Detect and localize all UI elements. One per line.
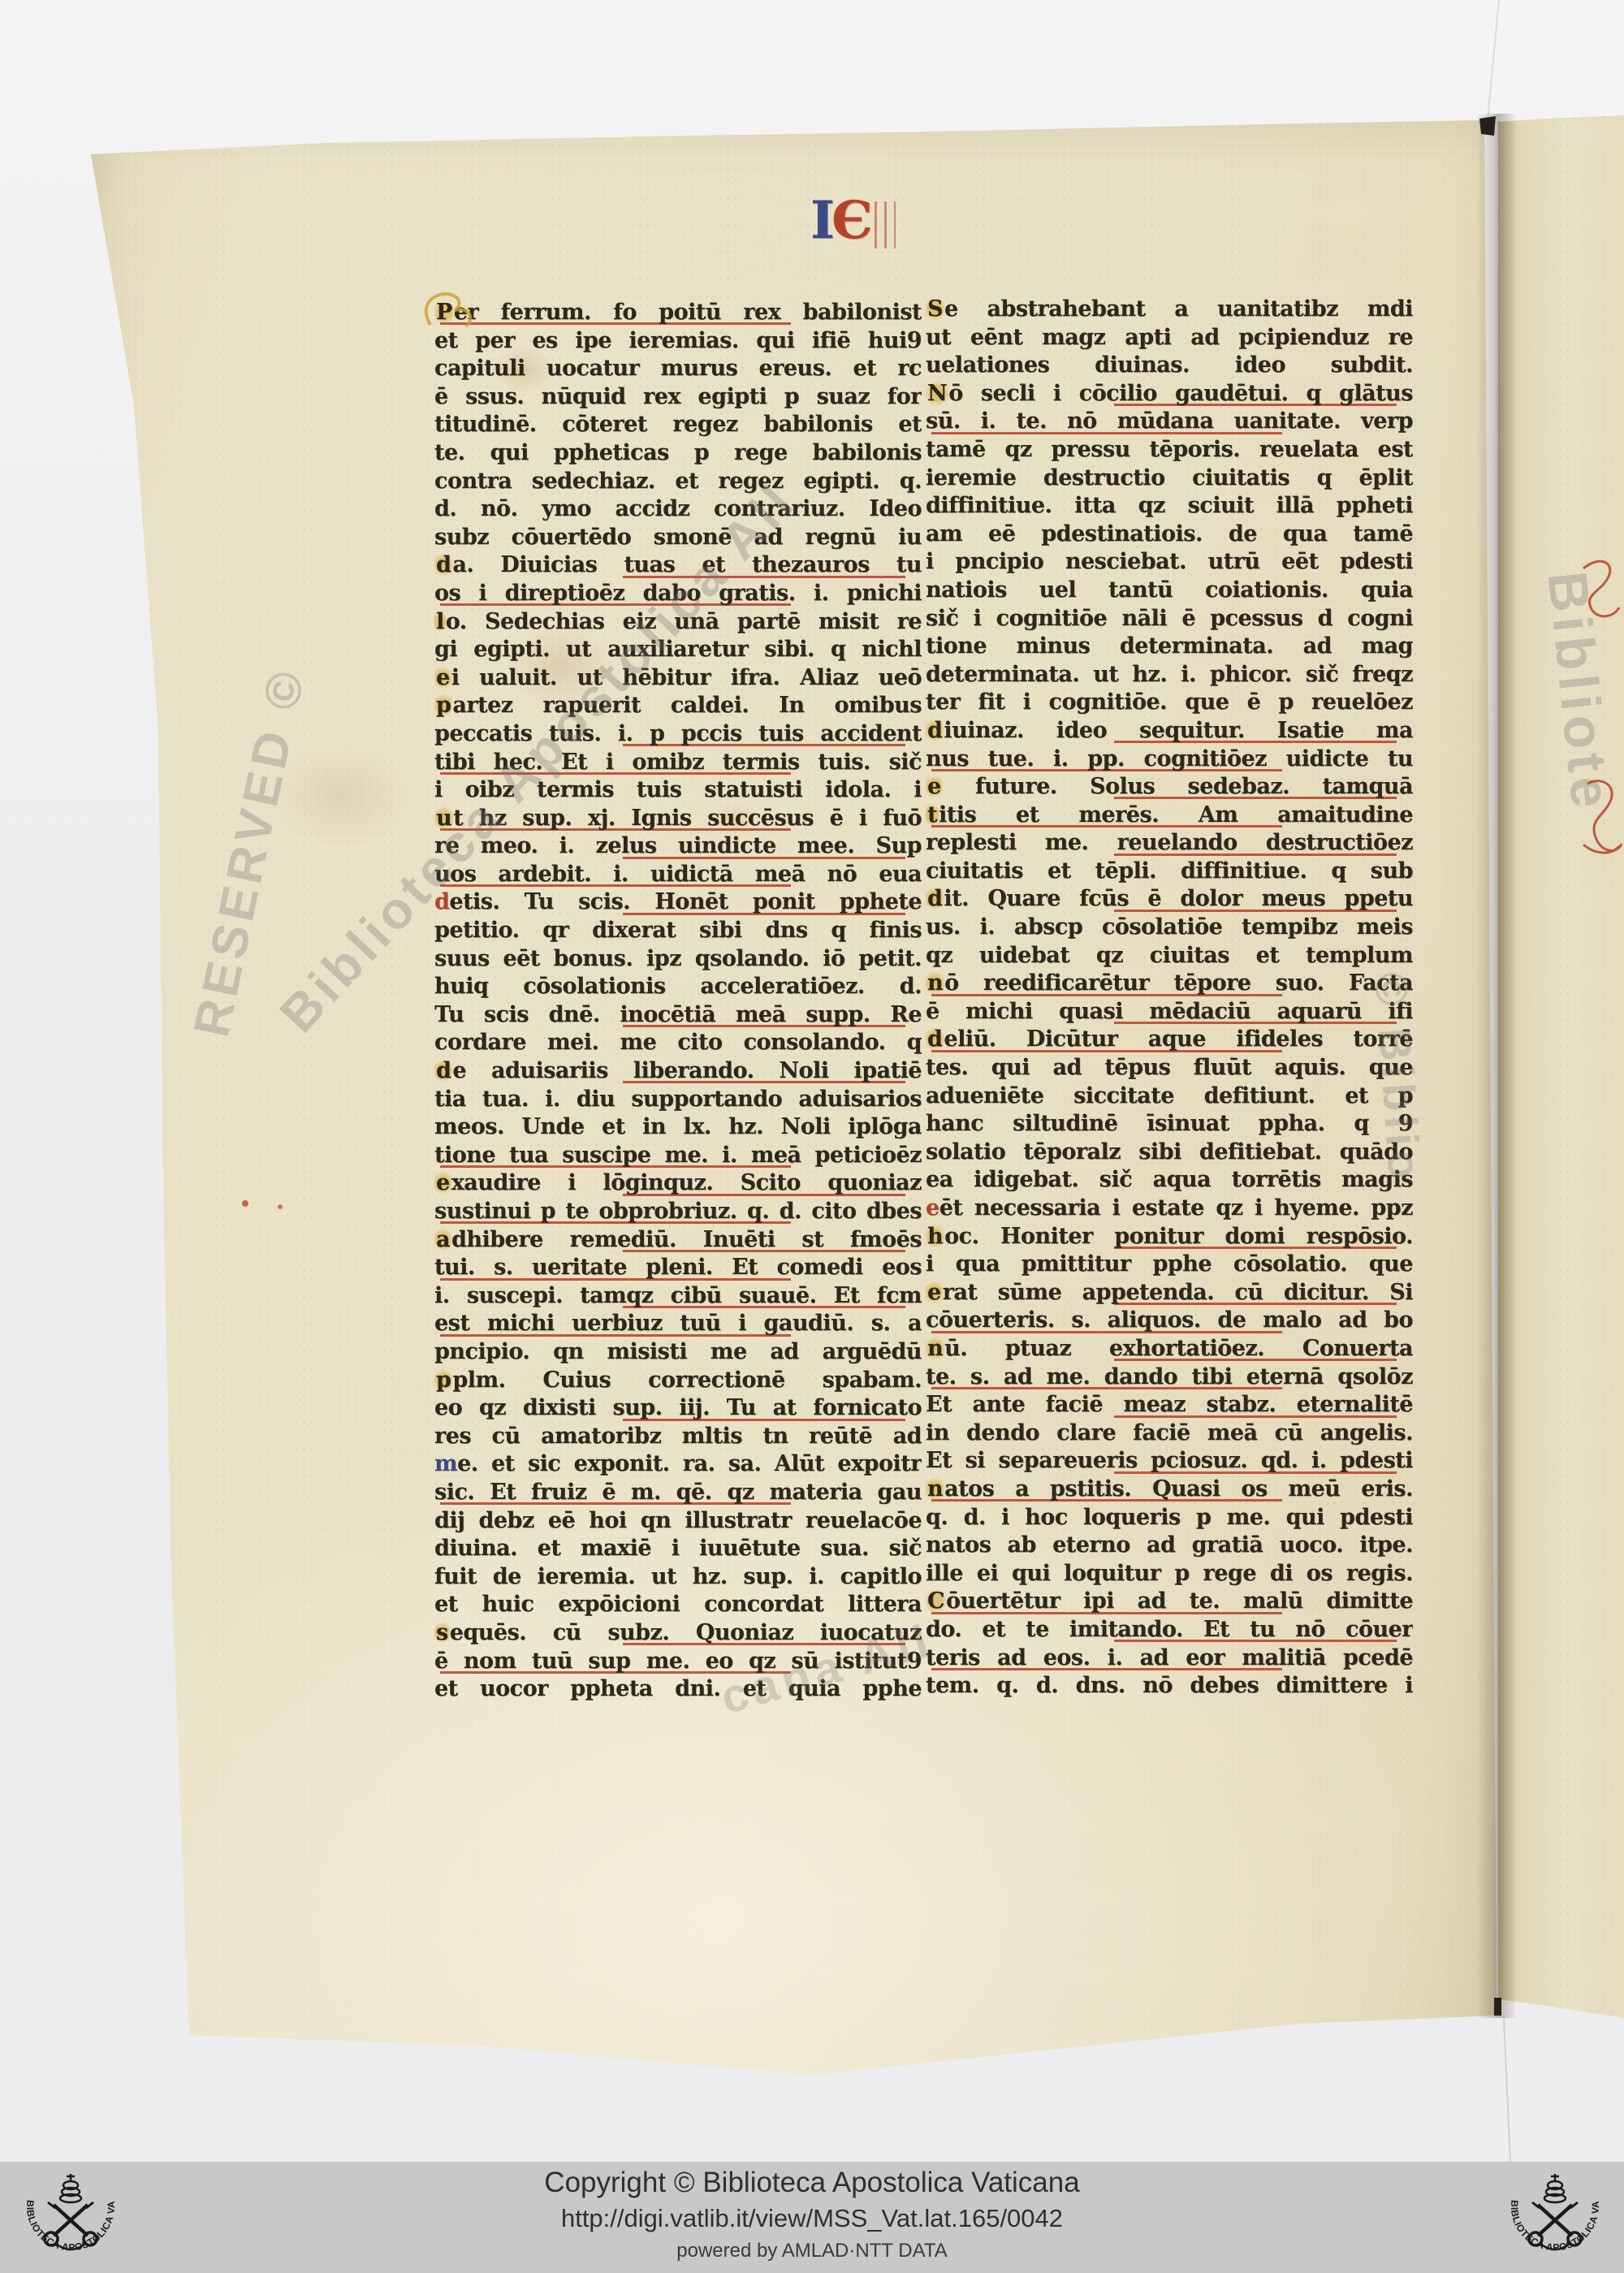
manuscript-line: tui. s. ueritate pleni. Et comedi eos	[434, 1254, 922, 1282]
manuscript-line: et uocor ppheta dni. et quia pphe	[434, 1675, 922, 1704]
illuminated-initial: N	[926, 381, 948, 406]
manuscript-line: sequēs. cū subz. Quoniaz iuocatuz	[434, 1619, 922, 1648]
manuscript-line: contra sedechiaz. et regez egipti. q.	[434, 468, 922, 496]
manuscript-line: partez rapuerit caldei. In omibus	[434, 692, 922, 720]
manuscript-line: tia tua. i. diu supportando aduisarios	[434, 1086, 922, 1114]
manuscript-line: do. et te imitando. Et tu nō cōuer	[926, 1616, 1413, 1644]
manuscript-line: Et si separeueris pciosuz. qd. i. pdesti	[926, 1447, 1413, 1476]
manuscript-line: cordare mei. me cito consolando. q	[434, 1029, 922, 1057]
manuscript-line: et per es ipe ieremias. qui ifiē hui9	[434, 327, 922, 356]
manuscript-line: i oibz termis tuis statuisti idola. i	[434, 776, 922, 805]
manuscript-line: res cū amatoribz mltis tn reūtē ad	[434, 1423, 922, 1451]
manuscript-line: uelationes diuinas. ideo subdit.	[926, 352, 1413, 380]
illuminated-initial: l	[434, 609, 446, 634]
illuminated-initial: P	[434, 300, 454, 325]
manuscript-line: meos. Unde et in lx. hz. Noli iplōga	[434, 1113, 922, 1142]
manuscript-line: titis et merēs. Am amaitudine	[926, 802, 1413, 830]
manuscript-line: diuina. et maxiē i iuuētute sua. sič	[434, 1535, 922, 1563]
illuminated-initial: e	[926, 1195, 939, 1221]
pen-flourish-icon	[875, 201, 896, 248]
manuscript-line: adueniēte siccitate defitiunt. et p	[926, 1082, 1413, 1111]
illuminated-initial: n	[926, 1476, 944, 1502]
manuscript-line: tamē qz pressu tēporis. reuelata est	[926, 436, 1413, 465]
manuscript-line: huiq cōsolationis acceleratiōez. d.	[434, 973, 922, 1001]
manuscript-line: tem. q. d. dns. nō debes dimittere i	[926, 1672, 1413, 1700]
manuscript-line: sustinui p te obprobriuz. q. d. cito dbe…	[434, 1198, 922, 1226]
manuscript-column-right: Se abstrahebant a uanitatibz mdiut eēnt …	[926, 296, 1413, 1700]
manuscript-line: tibi hec. Et i omibz termis tuis. sič	[434, 749, 922, 777]
illuminated-initial: h	[926, 1224, 944, 1249]
manuscript-line: ut eēnt magz apti ad pcipienduz re	[926, 324, 1413, 352]
manuscript-line: Tu scis dnē. inocētiā meā supp. Re	[434, 1001, 922, 1030]
manuscript-line: diffinitiue. itta qz sciuit illā ppheti	[926, 492, 1413, 521]
copyright-line: Copyright © Biblioteca Apostolica Vatica…	[0, 2167, 1624, 2199]
backing-crease	[1488, 0, 1499, 120]
illuminated-initial: u	[434, 806, 453, 831]
manuscript-line: replesti me. reuelando destructiōez	[926, 829, 1413, 858]
manuscript-line: hanc siltudinē īsinuat ppha. q 9	[926, 1110, 1413, 1139]
manuscript-line: fuit de ieremia. ut hz. sup. i. capitlo	[434, 1563, 922, 1592]
manuscript-line: et huic expōicioni concordat littera	[434, 1591, 922, 1619]
manuscript-line: ut hz sup. xj. Ignis succēsus ē i fuō	[434, 805, 922, 833]
manuscript-line: peccatis tuis. i. p pccis tuis accident	[434, 720, 922, 749]
book-gutter-shadow	[1476, 114, 1515, 2018]
illuminated-initial: n	[926, 970, 944, 996]
manuscript-line: hoc. Honiter ponitur domi respōsio.	[926, 1223, 1413, 1251]
illuminated-initial: S	[926, 296, 944, 322]
illuminated-initial: d	[434, 552, 452, 577]
manuscript-line: subz cōuertēdo smonē ad regnū iu	[434, 524, 922, 552]
manuscript-line: cōuerteris. s. aliquos. de malo ad bo	[926, 1307, 1413, 1335]
illuminated-initial: d	[926, 1026, 944, 1052]
manuscript-line: q. d. i hoc loqueris p me. qui pdesti	[926, 1504, 1413, 1532]
manuscript-line: dij debz eē hoi qn illustratr reuelacōe	[434, 1507, 922, 1536]
manuscript-line: sič i cognitiōe nāli ē pcessus d cogni	[926, 605, 1413, 633]
manuscript-line: teris ad eos. i. ad eor malitiā pcedē	[926, 1644, 1413, 1673]
manuscript-line: ē ssus. nūquid rex egipti p suaz for	[434, 383, 922, 412]
vatican-library-emblem	[1502, 2164, 1608, 2270]
illuminated-initial: p	[434, 1368, 452, 1393]
manuscript-line: diuinaz. ideo sequitur. Isatie ma	[926, 717, 1413, 745]
manuscript-line: eo qz dixisti sup. iij. Tu at fornicato	[434, 1394, 922, 1423]
manuscript-line: i pncipio nesciebat. utrū eēt pdesti	[926, 548, 1413, 577]
illuminated-initial: n	[926, 1336, 944, 1361]
illuminated-initial: m	[434, 1451, 457, 1476]
manuscript-line: suus eēt bonus. ipz qsolando. iō petit.	[434, 945, 922, 974]
illuminated-initial: e	[434, 665, 451, 690]
manuscript-line: Cōuertētur ipi ad te. malū dimitte	[926, 1588, 1413, 1616]
manuscript-line: re meo. i. zelus uindicte mee. Sup	[434, 832, 922, 861]
manuscript-line: us. i. abscp cōsolatiōe tempibz meis	[926, 914, 1413, 942]
digitized-manuscript-viewer: IЄ Per ferrum. fo poitū rex babilonistet…	[0, 0, 1624, 2273]
illuminated-initial: d	[434, 1058, 452, 1083]
manuscript-line: ieremie destructio ciuitatis q ēplit	[926, 465, 1413, 493]
manuscript-line: Per ferrum. fo poitū rex babilonist	[434, 299, 922, 327]
running-title-ornament: IЄ	[810, 188, 896, 261]
manuscript-line: da. Diuicias tuas et thezauros tu	[434, 551, 922, 580]
manuscript-line: solatio tēporalz sibi defitiebat. quādo	[926, 1139, 1413, 1167]
manuscript-line: petitio. qr dixerat sibi dns q finis	[434, 917, 922, 945]
manuscript-line: pplm. Cuius correctionē spabam.	[434, 1367, 922, 1395]
manuscript-line: ille ei qui loquitur p rege di os regis.	[926, 1560, 1413, 1588]
facing-page-edge	[1498, 114, 1624, 2193]
powered-by-line: powered by AMLAD·NTT DATA	[0, 2240, 1624, 2262]
manuscript-line: pncipio. qn misisti me ad arguēdū	[434, 1338, 922, 1367]
illuminated-initial: d	[926, 718, 944, 743]
manuscript-line: Nō secli i cōcilio gaudētui. q glātus	[926, 380, 1413, 408]
illuminated-initial: d	[926, 886, 944, 911]
manuscript-line: ē nom tuū sup me. eo qz sū istitut9	[434, 1648, 922, 1676]
manuscript-line: lo. Sedechias eiz unā partē misit re	[434, 608, 922, 637]
url-line: http://digi.vatlib.it/view/MSS_Vat.lat.1…	[0, 2204, 1624, 2233]
manuscript-line: determinata. ut hz. i. phicor. sič freqz	[926, 661, 1413, 689]
manuscript-line: e future. Solus sedebaz. tamquā	[926, 773, 1413, 802]
manuscript-line: dit. Quare fcūs ē dolor meus ppetu	[926, 885, 1413, 914]
manuscript-line: est michi uerbiuz tuū i gaudiū. s. a	[434, 1310, 922, 1338]
manuscript-line: nū. ptuaz exhortatiōez. Conuerta	[926, 1335, 1413, 1363]
illuminated-initial: p	[434, 693, 452, 718]
manuscript-line: te. qui ppheticas p rege babilonis	[434, 439, 922, 468]
running-title-letter-red: Є	[831, 190, 873, 251]
backing-seam	[1504, 2018, 1510, 2162]
manuscript-line: ē michi quasi mēdaciū aquarū ifi	[926, 998, 1413, 1026]
manuscript-line: de aduisariis liberando. Noli ipatiē	[434, 1057, 922, 1086]
manuscript-line: Et ante faciē meaz stabz. eternalitē	[926, 1391, 1413, 1420]
manuscript-column-left: Per ferrum. fo poitū rex babilonistet pe…	[434, 299, 922, 1704]
manuscript-line: ciuitatis et tēpli. diffinitiue. q sub	[926, 858, 1413, 886]
manuscript-line: tione tua suscipe me. i. meā peticioēz	[434, 1142, 922, 1170]
illuminated-initial: t	[926, 802, 939, 828]
manuscript-line: sic. Et fruiz ē m. qē. qz materia gau	[434, 1479, 922, 1507]
manuscript-line: tes. qui ad tēpus fluūt aquis. que	[926, 1054, 1413, 1082]
manuscript-line: d. nō. ymo accidz contrariuz. Ideo	[434, 495, 922, 524]
manuscript-line: os i direptioēz dabo gratis. i. pnichi	[434, 580, 922, 608]
manuscript-line: deliū. Dicūtur aque ifideles torrē	[926, 1026, 1413, 1054]
manuscript-line: i. suscepi. tamqz cibū suauē. Et fcm	[434, 1282, 922, 1311]
manuscript-line: nō reedificarētur tēpore suo. Facta	[926, 970, 1413, 998]
manuscript-line: ter fit i cognitiōe. que ē p reuelōez	[926, 689, 1413, 717]
illuminated-initial: C	[926, 1588, 946, 1614]
illuminated-initial: e	[434, 1170, 451, 1195]
manuscript-line: eēt necessaria i estate qz i hyeme. ppz	[926, 1195, 1413, 1223]
manuscript-line: adhibere remediū. Inuēti st fmoēs	[434, 1226, 922, 1255]
illuminated-initial: s	[434, 1620, 450, 1645]
footer-bar: Copyright © Biblioteca Apostolica Vatica…	[0, 2162, 1624, 2273]
manuscript-line: natos ab eterno ad gratiā uoco. itpe.	[926, 1532, 1413, 1560]
manuscript-line: qz uidebat qz ciuitas et templum	[926, 942, 1413, 970]
manuscript-line: te. s. ad me. dando tibi eternā qsolōz	[926, 1363, 1413, 1392]
manuscript-line: ei ualuit. ut hēbitur ifra. Aliaz ueō	[434, 664, 922, 693]
vatican-library-emblem: BIBLIOTECA APOSTOLICA VATICANA	[18, 2164, 123, 2270]
manuscript-line: uos ardebit. i. uidictā meā nō eua	[434, 861, 922, 889]
manuscript-line: ea idigebat. sič aqua torrētis magis	[926, 1166, 1413, 1195]
illuminated-initial: e	[926, 774, 943, 799]
manuscript-line: exaudire i lōginquz. Scito quoniaz	[434, 1169, 922, 1198]
manuscript-line: natiois uel tantū coiationis. quia	[926, 577, 1413, 605]
illuminated-initial: a	[434, 1227, 451, 1252]
manuscript-line: Se abstrahebant a uanitatibz mdi	[926, 296, 1413, 324]
manuscript-line: natos a pstitis. Quasi os meū eris.	[926, 1476, 1413, 1504]
manuscript-line: am eē pdestinatiois. de qua tamē	[926, 521, 1413, 549]
manuscript-line: erat sūme appetenda. cū dicitur. Si	[926, 1279, 1413, 1307]
manuscript-line: nus tue. i. pp. cognitiōez uidicte tu	[926, 745, 1413, 774]
manuscript-line: gi egipti. ut auxiliaretur sibi. q nichl	[434, 636, 922, 664]
manuscript-line: in dendo clare faciē meā cū angelis.	[926, 1420, 1413, 1448]
manuscript-line: sū. i. te. nō mūdana uanitate. verp	[926, 408, 1413, 436]
illuminated-initial: e	[926, 1280, 943, 1305]
manuscript-line: me. et sic exponit. ra. sa. Alūt expoitr	[434, 1450, 922, 1479]
manuscript-line: tione minus determinata. ad mag	[926, 633, 1413, 661]
illuminated-initial: d	[434, 889, 449, 914]
manuscript-line: i qua pmittitur pphe cōsolatio. que	[926, 1251, 1413, 1279]
manuscript-line: detis. Tu scis. Honēt ponit pphete	[434, 888, 922, 917]
manuscript-line: titudinē. cōteret regez babilonis et	[434, 411, 922, 439]
manuscript-line: capituli uocatur murus ereus. et rc	[434, 355, 922, 383]
